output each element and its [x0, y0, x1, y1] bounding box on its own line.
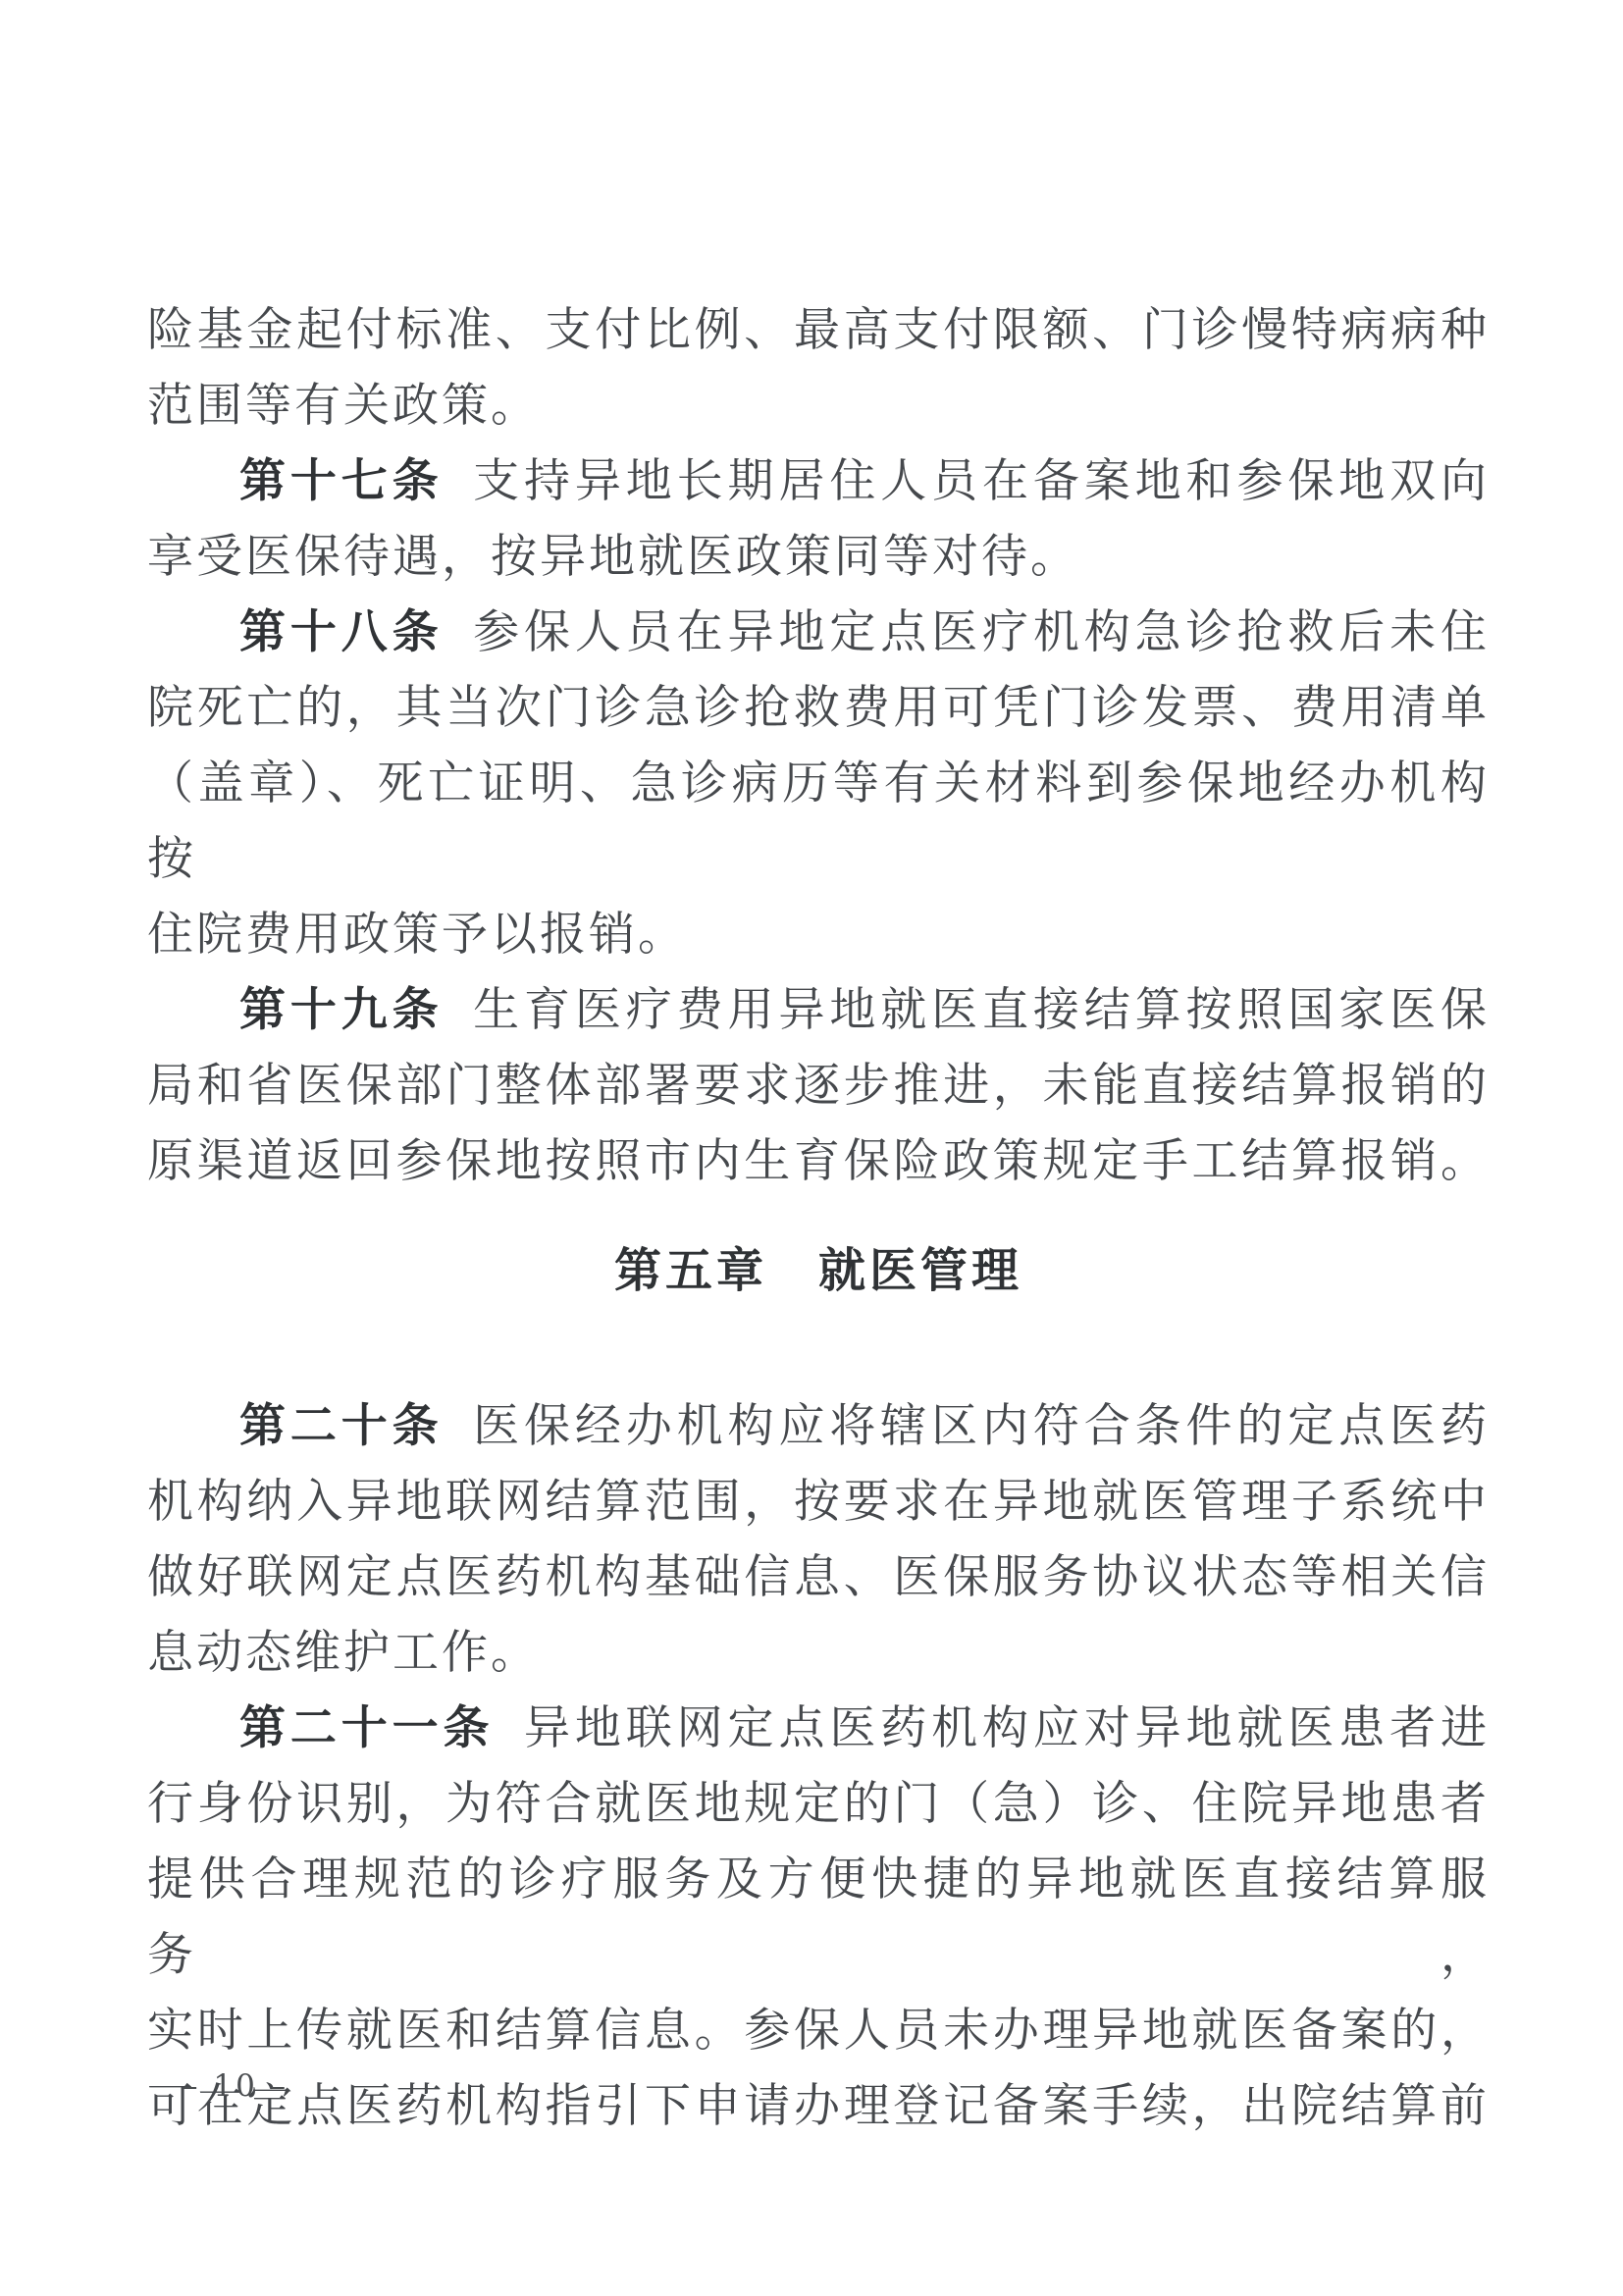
line-text: 支持异地长期居住人员在备案地和参保地双向	[473, 454, 1490, 508]
line-text: 住院费用政策予以报销。	[147, 908, 687, 962]
text-line: 可在定点医药机构指引下申请办理登记备案手续，出院结算前	[147, 2068, 1490, 2144]
text-line: 做好联网定点医药机构基础信息、医保服务协议状态等相关信	[147, 1539, 1490, 1615]
line-text: （盖章）、死亡证明、急诊病历等有关材料到参保地经办机构按	[147, 757, 1490, 886]
article-number: 第十九条	[239, 983, 444, 1037]
line-text: 息动态维护工作。	[147, 1626, 540, 1680]
line-text: 机构纳入异地联网结算范围，按要求在异地就医管理子系统中	[147, 1475, 1490, 1529]
line-text: 异地联网定点医药机构应对异地就医患者进	[524, 1701, 1490, 1755]
text-line: 行身份识别，为符合就医地规定的门（急）诊、住院异地患者	[147, 1766, 1490, 1842]
text-line: 院死亡的，其当次门诊急诊抢救费用可凭门诊发票、费用清单	[147, 670, 1490, 746]
text-line: 第十八条参保人员在异地定点医疗机构急诊抢救后未住	[147, 595, 1490, 670]
text-line: 局和省医保部门整体部署要求逐步推进，未能直接结算报销的	[147, 1048, 1490, 1123]
line-text: 原渠道返回参保地按照市内生育保险政策规定手工结算报销。	[147, 1134, 1490, 1188]
text-line: 息动态维护工作。	[147, 1615, 1490, 1691]
text-line: 第二十条医保经办机构应将辖区内符合条件的定点医药	[147, 1388, 1490, 1464]
article-number: 第二十条	[239, 1399, 444, 1453]
line-text: 参保人员在异地定点医疗机构急诊抢救后未住	[473, 605, 1490, 659]
line-text: 提供合理规范的诊疗服务及方便快捷的异地就医直接结算服务，	[147, 1852, 1490, 1982]
text-line: 范围等有关政策。	[147, 368, 1490, 444]
line-text: 可在定点医药机构指引下申请办理登记备案手续，出院结算前	[147, 2079, 1490, 2133]
body-text: 险基金起付标准、支付比例、最高支付限额、门诊慢特病病种 范围等有关政策。 第十七…	[147, 292, 1490, 2144]
text-line: 第十九条生育医疗费用异地就医直接结算按照国家医保	[147, 972, 1490, 1048]
text-line: （盖章）、死亡证明、急诊病历等有关材料到参保地经办机构按	[147, 746, 1490, 897]
text-line: 实时上传就医和结算信息。参保人员未办理异地就医备案的，	[147, 1993, 1490, 2068]
line-text: 享受医保待遇，按异地就医政策同等对待。	[147, 530, 1079, 584]
line-text: 生育医疗费用异地就医直接结算按照国家医保	[473, 983, 1490, 1037]
text-line: 险基金起付标准、支付比例、最高支付限额、门诊慢特病病种	[147, 292, 1490, 368]
text-line: 机构纳入异地联网结算范围，按要求在异地就医管理子系统中	[147, 1464, 1490, 1539]
line-text: 险基金起付标准、支付比例、最高支付限额、门诊慢特病病种	[147, 303, 1490, 357]
text-line: 第二十一条异地联网定点医药机构应对异地就医患者进	[147, 1691, 1490, 1766]
line-text: 范围等有关政策。	[147, 379, 540, 433]
text-line: 提供合理规范的诊疗服务及方便快捷的异地就医直接结算服务，	[147, 1842, 1490, 1993]
line-text: 行身份识别，为符合就医地规定的门（急）诊、住院异地患者	[147, 1777, 1490, 1831]
text-line: 第十七条支持异地长期居住人员在备案地和参保地双向	[147, 444, 1490, 519]
line-text: 做好联网定点医药机构基础信息、医保服务协议状态等相关信	[147, 1550, 1490, 1604]
article-number: 第二十一条	[239, 1701, 494, 1755]
document-page: 险基金起付标准、支付比例、最高支付限额、门诊慢特病病种 范围等有关政策。 第十七…	[0, 0, 1623, 2296]
line-text: 医保经办机构应将辖区内符合条件的定点医药	[473, 1399, 1490, 1453]
chapter-heading: 第五章 就医管理	[147, 1233, 1490, 1309]
page-number: – 10 –	[183, 2068, 288, 2104]
line-text: 局和省医保部门整体部署要求逐步推进，未能直接结算报销的	[147, 1059, 1490, 1113]
text-line: 原渠道返回参保地按照市内生育保险政策规定手工结算报销。	[147, 1123, 1490, 1199]
line-text: 院死亡的，其当次门诊急诊抢救费用可凭门诊发票、费用清单	[147, 681, 1490, 735]
text-line: 住院费用政策予以报销。	[147, 897, 1490, 972]
article-number: 第十八条	[239, 605, 444, 659]
line-text: 实时上传就医和结算信息。参保人员未办理异地就医备案的，	[147, 2004, 1490, 2058]
text-line: 享受医保待遇，按异地就医政策同等对待。	[147, 519, 1490, 595]
article-number: 第十七条	[239, 454, 444, 508]
